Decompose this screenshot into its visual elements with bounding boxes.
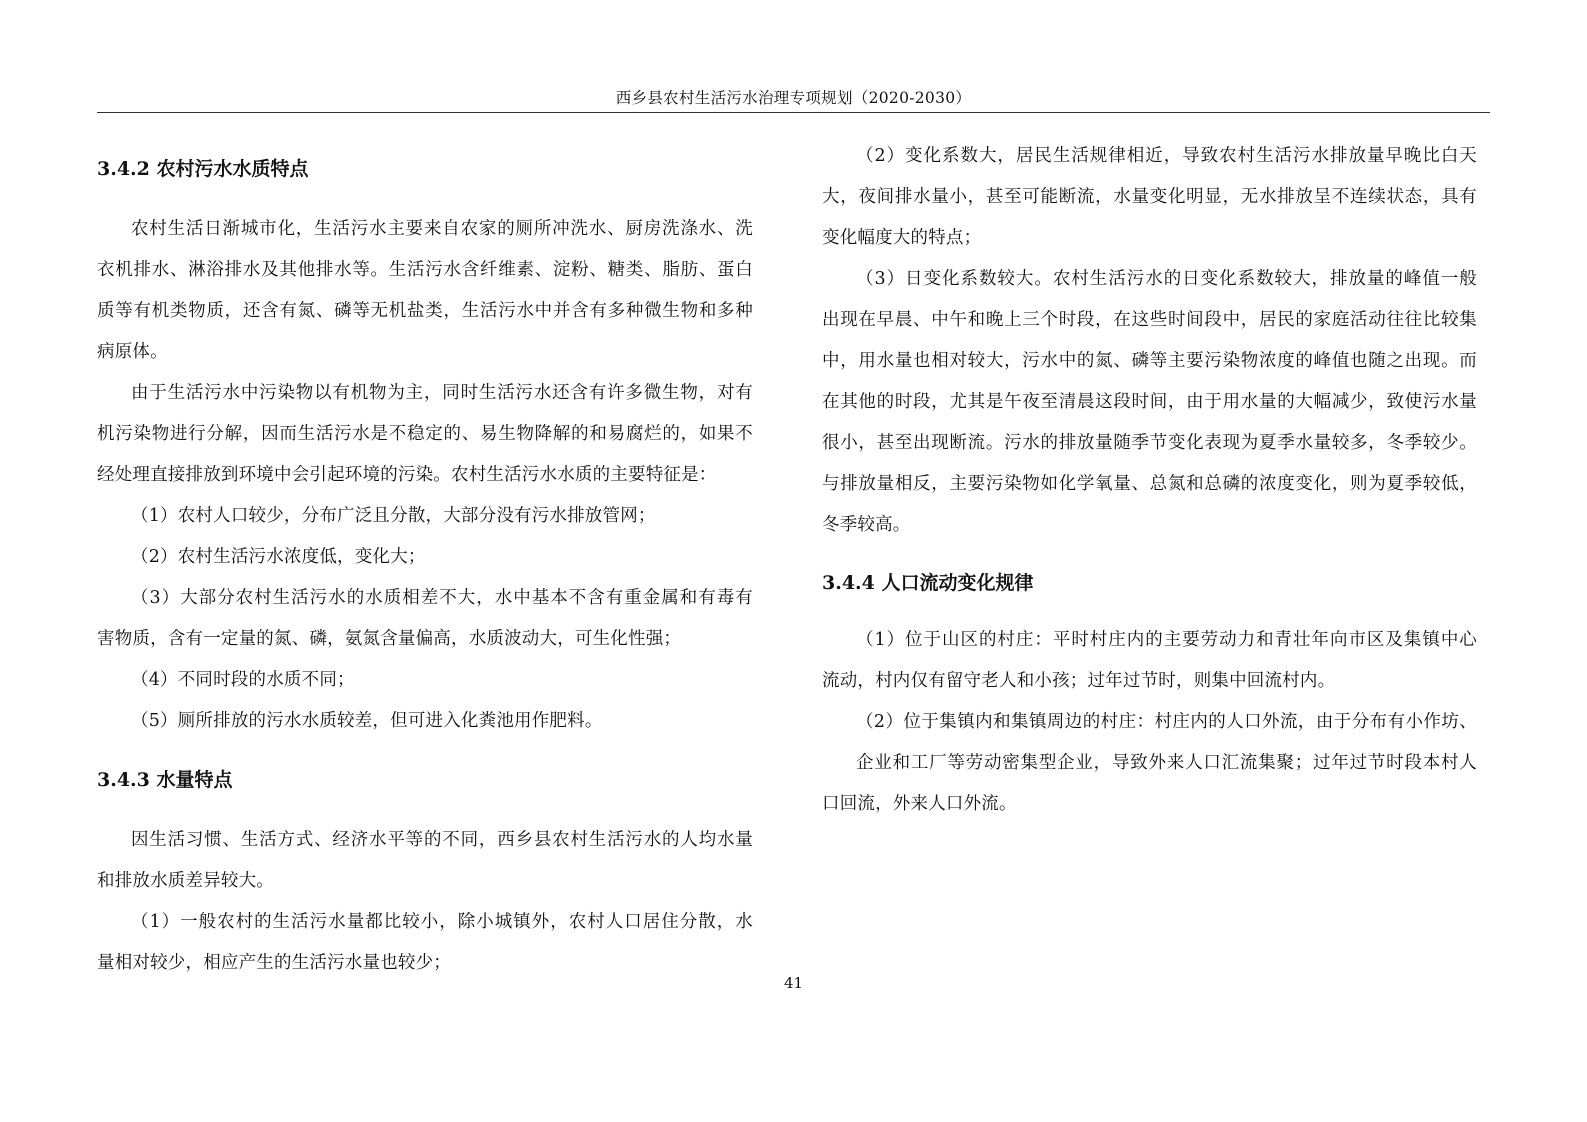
list-item-continuation: 流动，村内仅有留守老人和小孩；过年过节时，则集中回流村内。 [822, 667, 1477, 692]
section-heading-3-4-3: 3.4.3 水量特点 [97, 765, 233, 792]
list-item: （3）大部分农村生活污水的水质相差不大，水中基本不含有重金属和有毒有 [131, 584, 753, 609]
paragraph-line: 和排放水质差异较大。 [97, 867, 753, 892]
paragraph-line: 农村生活日渐城市化，生活污水主要来自农家的厕所冲洗水、厨房洗涤水、洗 [131, 215, 753, 240]
list-item-continuation: 口回流，外来人口外流。 [822, 790, 1477, 815]
paragraph-line: 机污染物进行分解，因而生活污水是不稳定的、易生物降解的和易腐烂的，如果不 [97, 420, 753, 445]
list-item-continuation: 量相对较少，相应产生的生活污水量也较少； [97, 949, 753, 974]
list-item-continuation: 变化幅度大的特点； [822, 224, 1477, 249]
header-divider [97, 112, 1490, 113]
section-heading-3-4-2: 3.4.2 农村污水水质特点 [97, 154, 309, 181]
list-item: （4）不同时段的水质不同； [131, 666, 753, 691]
list-item: （2）位于集镇内和集镇周边的村庄：村庄内的人口外流，由于分布有小作坊、 [856, 708, 1477, 733]
list-item-continuation: 出现在早晨、中午和晚上三个时段，在这些时间段中，居民的家庭活动往往比较集 [822, 306, 1477, 331]
document-header-title: 西乡县农村生活污水治理专项规划（2020-2030） [0, 86, 1587, 108]
list-item-continuation: 害物质，含有一定量的氮、磷，氨氮含量偏高，水质波动大，可生化性强； [97, 625, 753, 650]
paragraph-line: 质等有机类物质，还含有氮、磷等无机盐类，生活污水中并含有多种微生物和多种 [97, 297, 753, 322]
list-item-continuation: 在其他的时段，尤其是午夜至清晨这段时间，由于用水量的大幅减少，致使污水量 [822, 388, 1477, 413]
paragraph-line: 病原体。 [97, 338, 753, 363]
list-item-continuation: 冬季较高。 [822, 511, 1477, 536]
list-item-continuation: 与排放量相反，主要污染物如化学氧量、总氮和总磷的浓度变化，则为夏季较低， [822, 470, 1477, 495]
list-item-continuation: 企业和工厂等劳动密集型企业，导致外来人口汇流集聚；过年过节时段本村人 [856, 749, 1477, 774]
paragraph-line: 衣机排水、淋浴排水及其他排水等。生活污水含纤维素、淀粉、糖类、脂肪、蛋白 [97, 256, 753, 281]
paragraph-line: 经处理直接排放到环境中会引起环境的污染。农村生活污水水质的主要特征是： [97, 461, 753, 486]
paragraph-line: 因生活习惯、生活方式、经济水平等的不同，西乡县农村生活污水的人均水量 [131, 826, 753, 851]
list-item: （5）厕所排放的污水水质较差，但可进入化粪池用作肥料。 [131, 707, 753, 732]
list-item: （1）位于山区的村庄：平时村庄内的主要劳动力和青壮年向市区及集镇中心 [856, 626, 1477, 651]
list-item-continuation: 大，夜间排水量小，甚至可能断流，水量变化明显，无水排放呈不连续状态，具有 [822, 183, 1477, 208]
list-item: （1）一般农村的生活污水量都比较小，除小城镇外，农村人口居住分散，水 [131, 908, 753, 933]
list-item: （3）日变化系数较大。农村生活污水的日变化系数较大，排放量的峰值一般 [856, 265, 1477, 290]
list-item-continuation: 中，用水量也相对较大，污水中的氮、磷等主要污染物浓度的峰值也随之出现。而 [822, 347, 1477, 372]
list-item-continuation: 很小，甚至出现断流。污水的排放量随季节变化表现为夏季水量较多，冬季较少。 [822, 429, 1477, 454]
paragraph-line: 由于生活污水中污染物以有机物为主，同时生活污水还含有许多微生物，对有 [131, 379, 753, 404]
list-item: （2）变化系数大，居民生活规律相近，导致农村生活污水排放量早晚比白天 [856, 142, 1477, 167]
list-item: （2）农村生活污水浓度低，变化大； [131, 543, 753, 568]
section-heading-3-4-4: 3.4.4 人口流动变化规律 [822, 568, 1034, 595]
list-item: （1）农村人口较少，分布广泛且分散，大部分没有污水排放管网； [131, 502, 753, 527]
page-number: 41 [0, 974, 1587, 992]
